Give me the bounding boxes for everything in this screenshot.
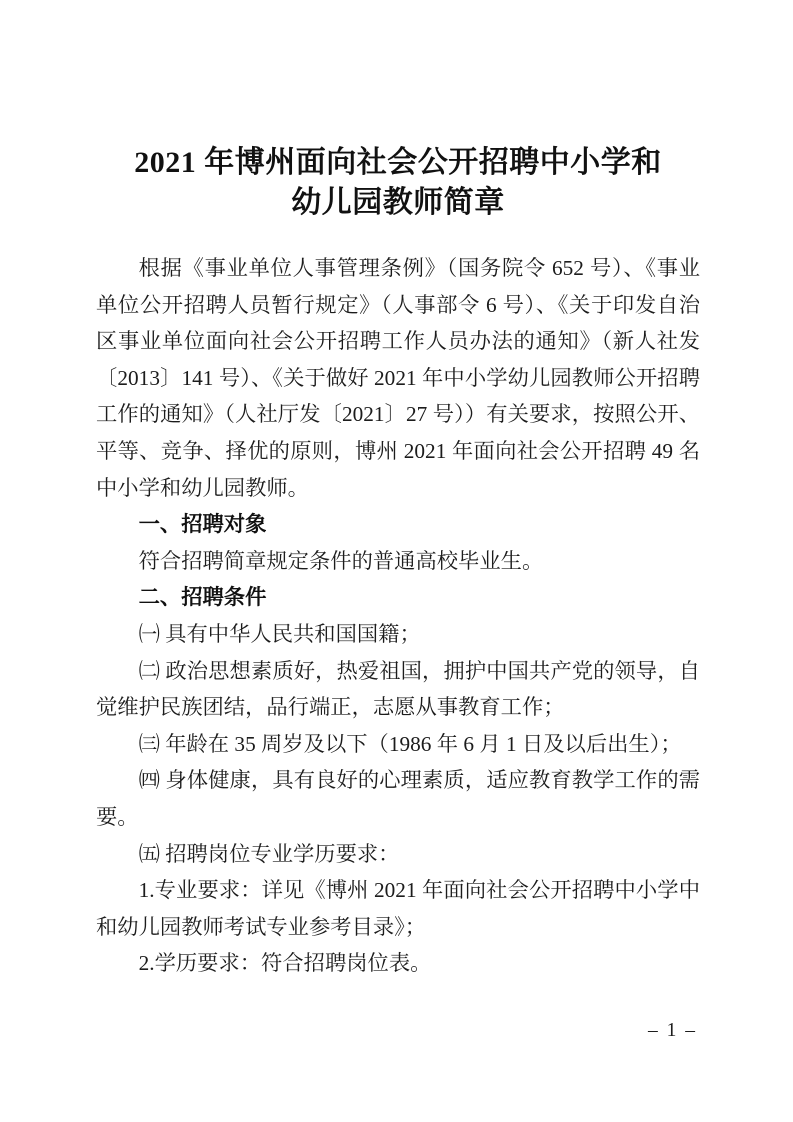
document-page: 2021 年博州面向社会公开招聘中小学和 幼儿园教师简章 根据《事业单位人事管理… bbox=[0, 0, 793, 1122]
intro-paragraph: 根据《事业单位人事管理条例》（国务院令 652 号）、《事业单位公开招聘人员暂行… bbox=[96, 250, 700, 506]
requirement-major: 1.专业要求：详见《博州 2021 年面向社会公开招聘中小学中和幼儿园教师考试专… bbox=[96, 872, 700, 945]
page-number: – 1 – bbox=[648, 1020, 697, 1041]
document-title-line2: 幼儿园教师简章 bbox=[96, 183, 700, 223]
section-heading-recruitment-conditions: 二、招聘条件 bbox=[96, 579, 700, 616]
paragraph-eligibility: 符合招聘简章规定条件的普通高校毕业生。 bbox=[96, 543, 700, 580]
requirement-education: 2.学历要求：符合招聘岗位表。 bbox=[96, 945, 700, 982]
document-body: 根据《事业单位人事管理条例》（国务院令 652 号）、《事业单位公开招聘人员暂行… bbox=[96, 250, 700, 982]
condition-item-1: ㈠ 具有中华人民共和国国籍； bbox=[96, 616, 700, 653]
section-heading-recruitment-target: 一、招聘对象 bbox=[96, 506, 700, 543]
condition-item-4: ㈣ 身体健康，具有良好的心理素质，适应教育教学工作的需要。 bbox=[96, 762, 700, 835]
condition-item-3: ㈢ 年龄在 35 周岁及以下（1986 年 6 月 1 日及以后出生）； bbox=[96, 726, 700, 763]
document-title: 2021 年博州面向社会公开招聘中小学和 幼儿园教师简章 bbox=[96, 143, 700, 223]
page-footer: – 1 – bbox=[648, 1020, 697, 1042]
document-title-line1: 2021 年博州面向社会公开招聘中小学和 bbox=[96, 143, 700, 183]
condition-item-2: ㈡ 政治思想素质好，热爱祖国，拥护中国共产党的领导，自觉维护民族团结，品行端正，… bbox=[96, 653, 700, 726]
condition-item-5: ㈤ 招聘岗位专业学历要求： bbox=[96, 836, 700, 873]
